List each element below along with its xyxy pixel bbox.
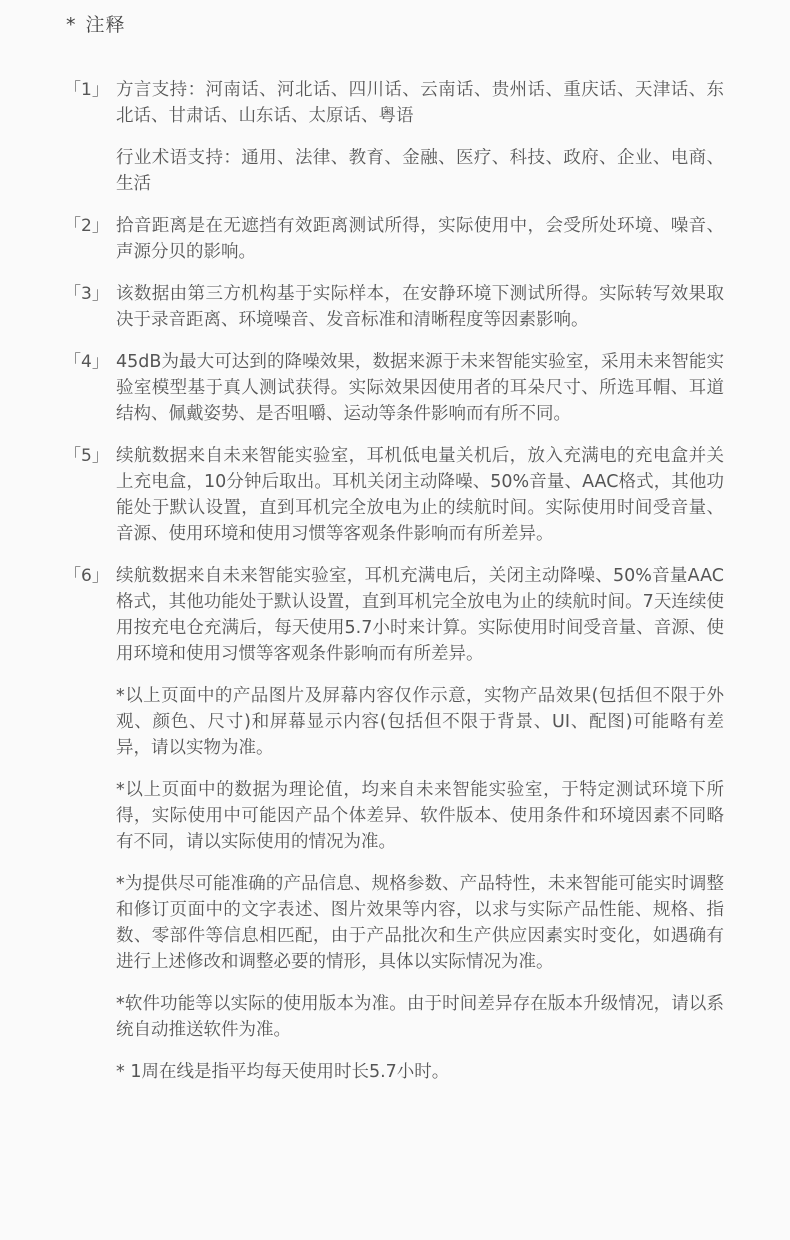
page-title: *注释 — [66, 10, 126, 40]
disclaimer-online: * 1周在线是指平均每天使用时长5.7小时。 — [116, 1059, 724, 1085]
disclaimer-images: *以上页面中的产品图片及屏幕内容仅作示意，实物产品效果(包括但不限于外观、颜色、… — [116, 683, 724, 761]
note-paragraph: 45dB为最大可达到的降噪效果，数据来源于未来智能实验室，采用未来智能实验室模型… — [116, 349, 724, 427]
note-marker: 「1」 — [64, 77, 116, 197]
note-paragraph: 拾音距离是在无遮挡有效距离测试所得，实际使用中，会受所处环境、噪音、声源分贝的影… — [116, 213, 724, 265]
note-5: 「5」 续航数据来自未来智能实验室，耳机低电量关机后，放入充满电的充电盒并关上充… — [64, 443, 724, 547]
note-6: 「6」 续航数据来自未来智能实验室，耳机充满电后，关闭主动降噪、50%音量AAC… — [64, 563, 724, 667]
note-paragraph: 该数据由第三方机构基于实际样本，在安静环境下测试所得。实际转写效果取决于录音距离… — [116, 281, 724, 333]
disclaimer-software: *软件功能等以实际的使用版本为准。由于时间差异存在版本升级情况，请以系统自动推送… — [116, 991, 724, 1043]
disclaimer-content: *为提供尽可能准确的产品信息、规格参数、产品特性，未来智能可能实时调整和修订页面… — [116, 871, 724, 975]
notes-page: *注释 「1」 方言支持：河南话、河北话、四川话、云南话、贵州话、重庆话、天津话… — [0, 0, 790, 1240]
note-4: 「4」 45dB为最大可达到的降噪效果，数据来源于未来智能实验室，采用未来智能实… — [64, 349, 724, 427]
disclaimers: *以上页面中的产品图片及屏幕内容仅作示意，实物产品效果(包括但不限于外观、颜色、… — [116, 683, 724, 1085]
asterisk-icon: * — [66, 14, 77, 36]
disclaimer-data: *以上页面中的数据为理论值，均来自未来智能实验室，于特定测试环境下所得，实际使用… — [116, 777, 724, 855]
note-1: 「1」 方言支持：河南话、河北话、四川话、云南话、贵州话、重庆话、天津话、东北话… — [64, 77, 724, 197]
note-paragraph: 方言支持：河南话、河北话、四川话、云南话、贵州话、重庆话、天津话、东北话、甘肃话… — [116, 77, 724, 129]
note-marker: 「4」 — [64, 349, 116, 427]
note-marker: 「6」 — [64, 563, 116, 667]
note-marker: 「5」 — [64, 443, 116, 547]
note-paragraph: 续航数据来自未来智能实验室，耳机低电量关机后，放入充满电的充电盒并关上充电盒，1… — [116, 443, 724, 547]
note-marker: 「3」 — [64, 281, 116, 333]
note-3: 「3」 该数据由第三方机构基于实际样本，在安静环境下测试所得。实际转写效果取决于… — [64, 281, 724, 333]
notes-list: 「1」 方言支持：河南话、河北话、四川话、云南话、贵州话、重庆话、天津话、东北话… — [64, 77, 724, 1101]
note-paragraph: 续航数据来自未来智能实验室，耳机充满电后，关闭主动降噪、50%音量AAC 格式，… — [116, 563, 724, 667]
note-paragraph: 行业术语支持：通用、法律、教育、金融、医疗、科技、政府、企业、电商、生活 — [116, 145, 724, 197]
note-marker: 「2」 — [64, 213, 116, 265]
title-text: 注释 — [86, 14, 126, 36]
note-2: 「2」 拾音距离是在无遮挡有效距离测试所得，实际使用中，会受所处环境、噪音、声源… — [64, 213, 724, 265]
